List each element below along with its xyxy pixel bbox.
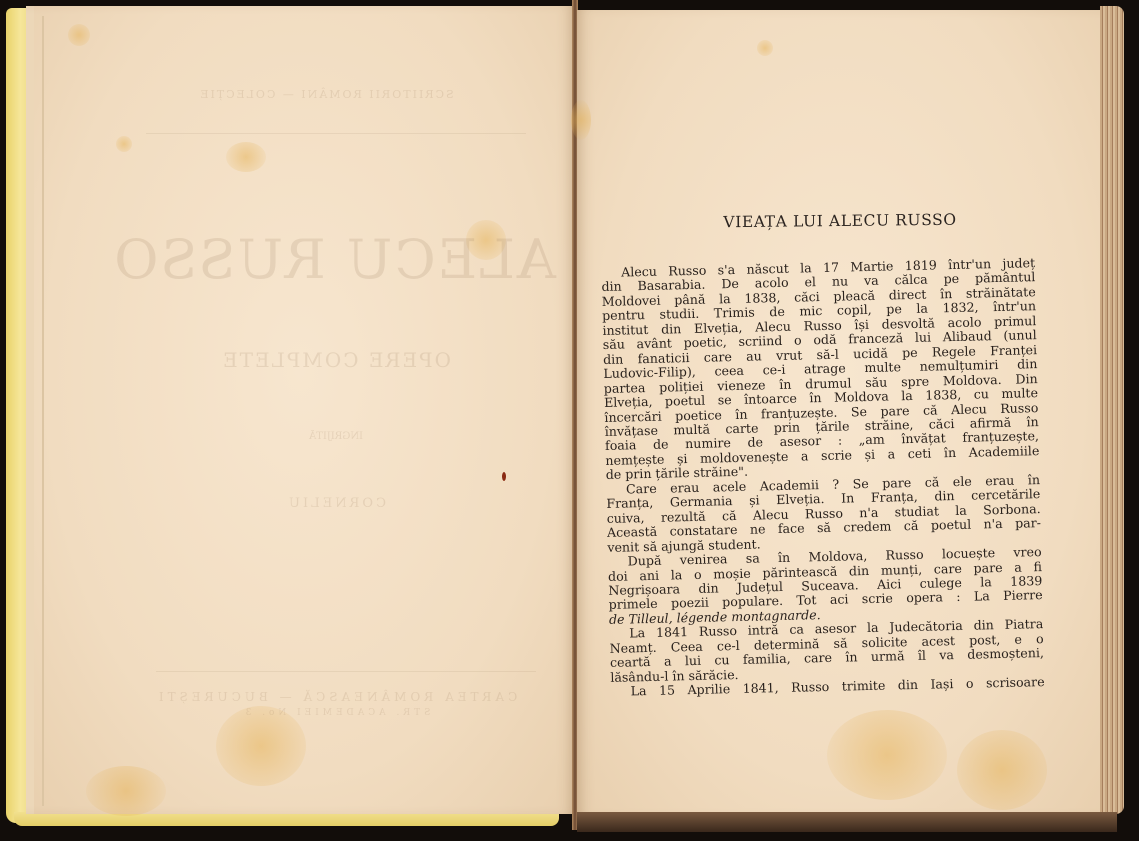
paper-stain [571, 100, 591, 140]
paper-stain [226, 142, 266, 172]
show-through-subtitle: OPERE COMPLETE [206, 348, 466, 372]
show-through-printer: CARTEA ROMÂNEASCĂ — BUCUREȘTI [126, 690, 546, 704]
chapter-title: VIEAȚA LUI ALECU RUSSO [695, 210, 985, 231]
paper-stain [757, 40, 773, 56]
book-bottom-shadow [577, 812, 1117, 832]
page-fore-edge [1100, 6, 1124, 814]
show-through-small-line: INGRIJITĂ [276, 431, 396, 442]
show-through-title: ALECU RUSSO [136, 228, 556, 291]
show-through-rule [156, 671, 536, 672]
show-through-editor: CORNELIU [226, 496, 446, 511]
open-book: SCRIITORII ROMÂNI — COLECȚIE ALECU RUSSO… [0, 0, 1139, 841]
paper-stain [957, 730, 1047, 810]
paper-stain [116, 136, 132, 152]
paper-stain [86, 766, 166, 816]
show-through-address: STR. ACADEMIEI No. 3 [126, 708, 546, 718]
left-page: SCRIITORII ROMÂNI — COLECȚIE ALECU RUSSO… [26, 6, 574, 814]
page-inner-fold [42, 16, 44, 806]
chapter-body-text: Alecu Russo s'a născut la 17 Martie 1819… [601, 256, 1045, 699]
ink-spot [502, 472, 506, 481]
book-cover-bottom-edge [14, 812, 559, 826]
show-through-publisher: SCRIITORII ROMÂNI — COLECȚIE [116, 88, 536, 101]
paper-stain [216, 706, 306, 786]
paper-stain [827, 710, 947, 800]
show-through-rule [146, 133, 526, 134]
right-page: VIEAȚA LUI ALECU RUSSO Alecu Russo s'a n… [577, 10, 1104, 816]
paper-stain [68, 24, 90, 46]
